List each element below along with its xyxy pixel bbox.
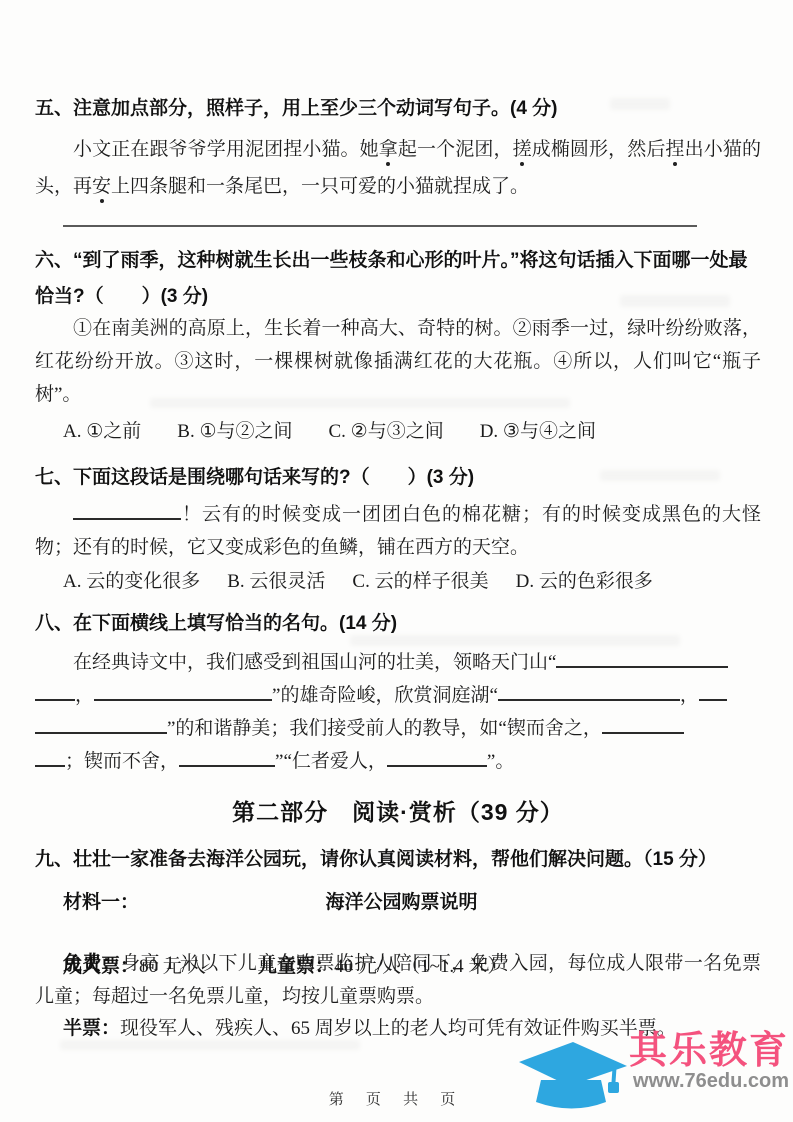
- option-d: D. ③与④之间: [480, 416, 596, 443]
- fill-blank: [699, 684, 727, 701]
- line-text: ，: [680, 685, 699, 706]
- option-b: B. 云很灵活: [227, 566, 325, 593]
- option-d: D. 云的色彩很多: [516, 566, 653, 593]
- fill-blank: [387, 750, 487, 767]
- option-a: A. ①之前: [63, 416, 141, 443]
- fill-blank: [602, 717, 684, 734]
- brand-name: 其乐教育: [629, 1030, 789, 1072]
- fill-blank: [35, 684, 75, 701]
- passage-text: 上四条腿和一条尾巴，一只可爱的小猫就捏成了。: [111, 176, 529, 197]
- line-text: ”“仁者爱人，: [275, 751, 387, 772]
- fill-line-4: ；锲而不舍，”“仁者爱人，”。: [35, 745, 761, 778]
- question-8-fill-lines: 在经典诗文中，我们感受到祖国山河的壮美，领略天门山“ ，”的雄奇险峻，欣赏洞庭湖…: [35, 646, 761, 778]
- exam-paper-page: 五、注意加点部分，照样子，用上至少三个动词写句子。(4 分) 小文正在跟爷爷学用…: [0, 0, 793, 1122]
- option-c: C. 云的样子很美: [352, 566, 488, 593]
- question-6-passage: ①在南美洲的高原上，生长着一种高大、奇特的树。②雨季一过，绿叶纷纷败落，红花纷纷…: [35, 312, 761, 411]
- question-7-passage: ！云有的时候变成一团团白色的棉花糖；有的时候变成黑色的大怪物；还有的时候，它又变…: [35, 498, 761, 564]
- question-9-heading: 九、壮壮一家准备去海洋公园玩，请你认真阅读材料，帮他们解决问题。（15 分）: [35, 843, 761, 877]
- free-policy-text: 身高 1 米以下儿童在购票监护人陪同下，免费入园，每位成人限带一名免票儿童；每超…: [35, 953, 761, 1007]
- fill-blank: [35, 717, 167, 734]
- emphasized-char: 安: [92, 176, 111, 197]
- fill-blank: [556, 651, 728, 668]
- free-policy-label: 免费：: [63, 953, 121, 974]
- fill-blank: [94, 684, 272, 701]
- option-a: A. 云的变化很多: [63, 566, 200, 593]
- material-1-title: 海洋公园购票说明: [35, 886, 768, 919]
- half-price-label: 半票：: [63, 1018, 120, 1039]
- line-text: 在经典诗文中，我们感受到祖国山河的壮美，领略天门山“: [73, 652, 556, 673]
- fill-line-2: ，”的雄奇险峻，欣赏洞庭湖“，: [35, 679, 761, 712]
- emphasized-char: 搓: [513, 139, 532, 160]
- fill-line-1: 在经典诗文中，我们感受到祖国山河的壮美，领略天门山“: [35, 646, 761, 679]
- question-7-options: A. 云的变化很多 B. 云很灵活 C. 云的样子很美 D. 云的色彩很多: [35, 566, 761, 593]
- free-policy-paragraph: 免费：身高 1 米以下儿童在购票监护人陪同下，免费入园，每位成人限带一名免票儿童…: [35, 947, 761, 1013]
- emphasized-char: 捏: [665, 139, 684, 160]
- line-text: ”。: [487, 751, 514, 772]
- fill-blank: [179, 750, 275, 767]
- question-5-heading: 五、注意加点部分，照样子，用上至少三个动词写句子。(4 分): [35, 92, 761, 126]
- brand-logo: 其乐教育 www.76edu.com: [511, 1030, 789, 1116]
- option-b: B. ①与②之间: [177, 416, 292, 443]
- graduation-cap-icon: [511, 1038, 633, 1116]
- brand-url: www.76edu.com: [633, 1070, 789, 1092]
- question-6-options: A. ①之前 B. ①与②之间 C. ②与③之间 D. ③与④之间: [35, 416, 761, 443]
- option-c: C. ②与③之间: [328, 416, 443, 443]
- question-6-heading: 六、“到了雨季，这种树就生长出一些枝条和心形的叶片。”将这句话插入下面哪一处最恰…: [35, 243, 761, 315]
- question-5-passage: 小文正在跟爷爷学用泥团捏小猫。她拿起一个泥团，搓成椭圆形，然后捏出小猫的头，再安…: [35, 131, 761, 205]
- line-text: ”的雄奇险峻，欣赏洞庭湖“: [272, 685, 498, 706]
- fill-blank: [73, 503, 181, 520]
- question-7-heading: 七、下面这段话是围绕哪句话来写的?（ ）(3 分): [35, 461, 761, 495]
- section-divider: [63, 225, 697, 227]
- passage-text: 小文正在跟爷爷学用泥团捏小猫。她: [73, 139, 379, 160]
- line-text: ；锲而不舍，: [65, 751, 179, 772]
- fill-line-3: ”的和谐静美；我们接受前人的教导，如“锲而舍之，: [35, 712, 761, 745]
- line-text: ”的和谐静美；我们接受前人的教导，如“锲而舍之，: [167, 718, 602, 739]
- material-1-row: 材料一： 海洋公园购票说明: [35, 886, 793, 919]
- fill-blank: [498, 684, 680, 701]
- line-text: ，: [75, 685, 94, 706]
- fill-blank: [35, 750, 65, 767]
- question-8-heading: 八、在下面横线上填写恰当的名句。(14 分): [35, 607, 761, 641]
- part-2-title: 第二部分 阅读·赏析（39 分）: [35, 794, 761, 827]
- passage-text: 起一个泥团，: [398, 139, 513, 160]
- brand-text-block: 其乐教育 www.76edu.com: [629, 1030, 789, 1092]
- emphasized-char: 拿: [379, 139, 398, 160]
- passage-text: 成椭圆形，然后: [532, 139, 666, 160]
